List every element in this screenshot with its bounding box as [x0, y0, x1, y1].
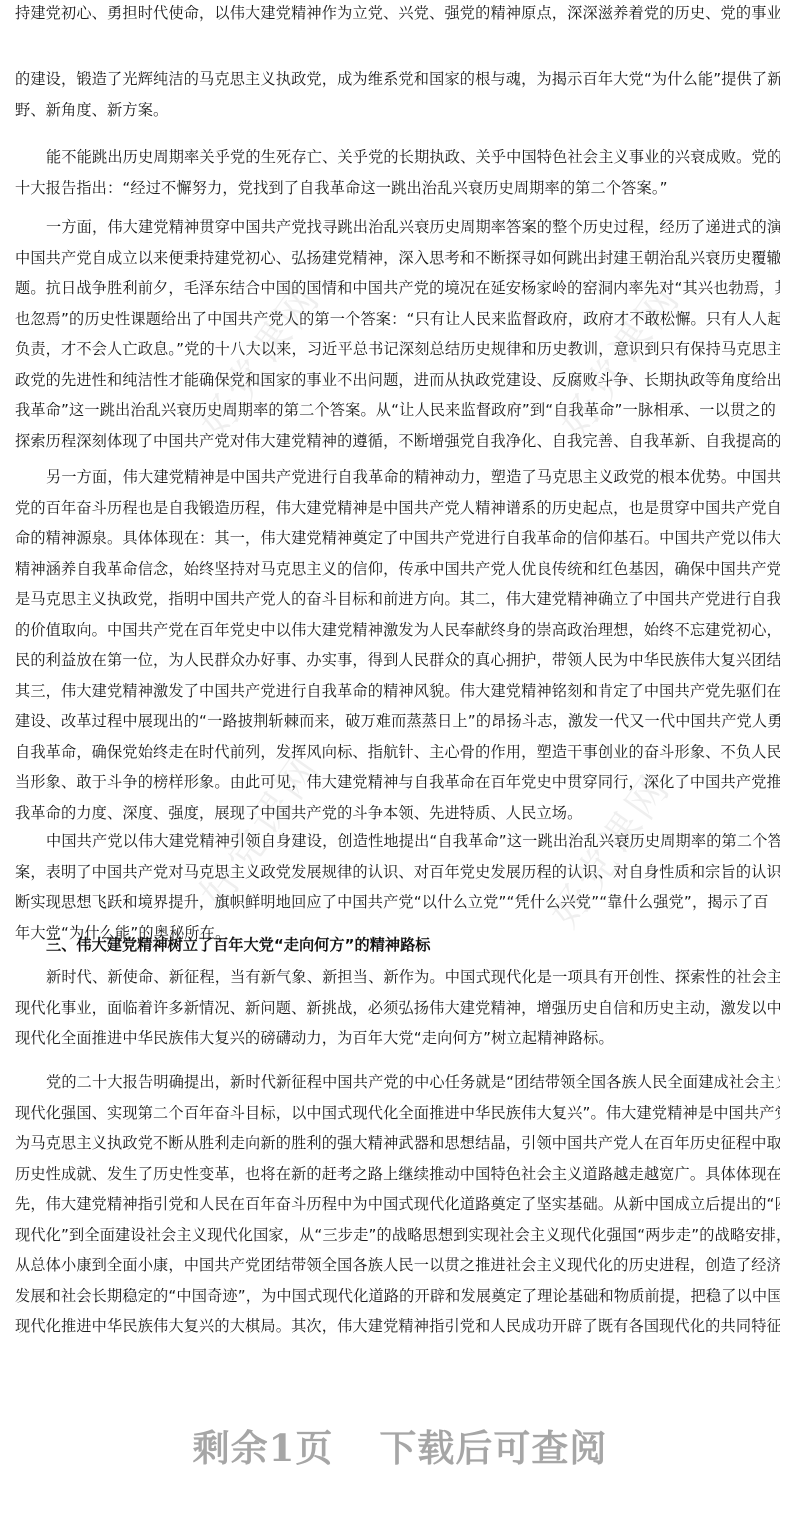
text-line: 为马克思主义执政党不断从胜利走向新的胜利的强大精神武器和思想结晶，引领中国共产党…	[15, 1128, 780, 1159]
text-line: 现代化事业，面临着许多新情况、新问题、新挑战，必须弘扬伟大建党精神，增强历史自信…	[15, 993, 780, 1024]
text-line: 自我革命，确保党始终走在时代前列，发挥风向标、指航针、主心骨的作用，塑造干事创业…	[15, 737, 780, 768]
text-line: 十大报告指出：“经过不懈努力，党找到了自我革命这一跳出治乱兴衰历史周期率的第二个…	[15, 173, 780, 204]
text-line: 先，伟大建党精神指引党和人民在百年奋斗历程中为中国式现代化道路奠定了坚实基础。从…	[15, 1189, 780, 1220]
text-line: 题。抗日战争胜利前夕，毛泽东结合中国的国情和中国共产党的境况在延安杨家岭的窑洞内…	[15, 273, 780, 304]
text-line: 命的精神源泉。具体体现在：其一，伟大建党精神奠定了中国共产党进行自我革命的信仰基…	[15, 523, 780, 554]
download-to-read-banner[interactable]: 剩余1页下载后可查阅	[0, 1418, 800, 1472]
text-line: 从总体小康到全面小康，中国共产党团结带领全国各族人民一以贯之推进社会主义现代化的…	[15, 1250, 780, 1281]
text-line: 另一方面，伟大建党精神是中国共产党进行自我革命的精神动力，塑造了马克思主义政党的…	[15, 462, 780, 493]
paragraph: 新时代、新使命、新征程，当有新气象、新担当、新作为。中国式现代化是一项具有开创性…	[15, 962, 780, 1054]
text-line: 民的利益放在第一位，为人民群众办好事、办实事，得到人民群众的真心拥护，带领人民为…	[15, 645, 780, 676]
paragraph: 另一方面，伟大建党精神是中国共产党进行自我革命的精神动力，塑造了马克思主义政党的…	[15, 462, 780, 828]
paragraph: 能不能跳出历史周期率关乎党的生死存亡、关乎党的长期执政、关乎中国特色社会主义事业…	[15, 142, 780, 203]
text-line: 现代化全面推进中华民族伟大复兴的磅礴动力，为百年大党“走向何方”树立起精神路标。	[15, 1023, 780, 1054]
text-line: 历史性成就、发生了历史性变革，也将在新的赶考之路上继续推动中国特色社会主义道路越…	[15, 1159, 780, 1190]
paragraph-fragment: 持建党初心、勇担时代使命，以伟大建党精神作为立党、兴党、强党的精神原点，深深滋养…	[15, 0, 780, 29]
text-line: 建设、改革过程中展现出的“一路披荆斩棘而来，破万难而蒸蒸日上”的昂扬斗志，激发一…	[15, 706, 780, 737]
text-line: 党的二十大报告明确提出，新时代新征程中国共产党的中心任务就是“团结带领全国各族人…	[15, 1067, 780, 1098]
document-page: 好党课网 好党课网 好党课网 好党课网 持建党初心、勇担时代使命，以伟大建党精神…	[0, 0, 800, 1518]
text-line: 中国共产党以伟大建党精神引领自身建设，创造性地提出“自我革命”这一跳出治乱兴衰历…	[15, 826, 780, 857]
text-line: 当形象、敢于斗争的榜样形象。由此可见，伟大建党精神与自我革命在百年党史中贯穿同行…	[15, 767, 780, 798]
text-line: 精神涵养自我革命信念，始终坚持对马克思主义的信仰，传承中国共产党人优良传统和红色…	[15, 554, 780, 585]
text-line: 政党的先进性和纯洁性才能确保党和国家的事业不出问题，进而从执政党建设、反腐败斗争…	[15, 365, 780, 396]
text-line: 中国共产党自成立以来便秉持建党初心、弘扬建党精神，深入思考和不断探寻如何跳出封建…	[15, 243, 780, 274]
paragraph: 党的二十大报告明确提出，新时代新征程中国共产党的中心任务就是“团结带领全国各族人…	[15, 1067, 780, 1342]
text-line: 发展和社会长期稳定的“中国奇迹”，为中国式现代化道路的开辟和发展奠定了理论基础和…	[15, 1281, 780, 1312]
text-line: 我革命的力度、深度、强度，展现了中国共产党的斗争本领、先进特质、人民立场。	[15, 798, 780, 829]
text-line: 案，表明了中国共产党对马克思主义政党发展规律的认识、对百年党史发展历程的认识、对…	[15, 857, 780, 888]
text-line: 一方面，伟大建党精神贯穿中国共产党找寻跳出治乱兴衰历史周期率答案的整个历史过程，…	[15, 212, 780, 243]
download-prompt-label: 下载后可查阅	[379, 1426, 607, 1470]
text-line: 持建党初心、勇担时代使命，以伟大建党精神作为立党、兴党、强党的精神原点，深深滋养…	[15, 0, 780, 29]
text-line: 的价值取向。中国共产党在百年党史中以伟大建党精神激发为人民奉献终身的崇高政治理想…	[15, 615, 780, 646]
text-line: 其三，伟大建党精神激发了中国共产党进行自我革命的精神风貌。伟大建党精神铭刻和肯定…	[15, 676, 780, 707]
section-heading: 三、伟大建党精神树立了百年大党“走向何方”的精神路标	[46, 930, 430, 960]
text-line: 新时代、新使命、新征程，当有新气象、新担当、新作为。中国式现代化是一项具有开创性…	[15, 962, 780, 993]
text-line: 现代化强国、实现第二个百年奋斗目标，以中国式现代化全面推进中华民族伟大复兴”。伟…	[15, 1098, 780, 1129]
text-line: 我革命”这一跳出治乱兴衰历史周期率的第二个答案。从“让人民来监督政府”到“自我革…	[15, 395, 780, 426]
text-line: 党的百年奋斗历程也是自我锻造历程，伟大建党精神是中国共产党人精神谱系的历史起点，…	[15, 493, 780, 524]
remaining-pages-label: 剩余1页	[193, 1426, 334, 1470]
text-line: 野、新角度、新方案。	[15, 95, 780, 126]
text-line: 探索历程深刻体现了中国共产党对伟大建党精神的遵循，不断增强党自我净化、自我完善、…	[15, 426, 780, 457]
text-line: 是马克思主义执政党，指明中国共产党人的奋斗目标和前进方向。其二，伟大建党精神确立…	[15, 584, 780, 615]
text-line: 现代化推进中华民族伟大复兴的大棋局。其次，伟大建党精神指引党和人民成功开辟了既有…	[15, 1311, 780, 1342]
text-line: 负责，才不会人亡政息。”党的十八大以来，习近平总书记深刻总结历史规律和历史教训，…	[15, 334, 780, 365]
paragraph: 一方面，伟大建党精神贯穿中国共产党找寻跳出治乱兴衰历史周期率答案的整个历史过程，…	[15, 212, 780, 456]
text-line: 也忽焉”的历史性课题给出了中国共产党人的第一个答案：“只有让人民来监督政府，政府…	[15, 304, 780, 335]
paragraph: 的建设，锻造了光辉纯洁的马克思主义执政党，成为维系党和国家的根与魂，为揭示百年大…	[15, 64, 780, 125]
text-line: 能不能跳出历史周期率关乎党的生死存亡、关乎党的长期执政、关乎中国特色社会主义事业…	[15, 142, 780, 173]
text-line: 断实现思想飞跃和境界提升，旗帜鲜明地回应了中国共产党“以什么立党”“凭什么兴党”…	[15, 887, 780, 918]
text-line: 现代化”到全面建设社会主义现代化国家，从“三步走”的战略思想到实现社会主义现代化…	[15, 1220, 780, 1251]
text-line: 的建设，锻造了光辉纯洁的马克思主义执政党，成为维系党和国家的根与魂，为揭示百年大…	[15, 64, 780, 95]
